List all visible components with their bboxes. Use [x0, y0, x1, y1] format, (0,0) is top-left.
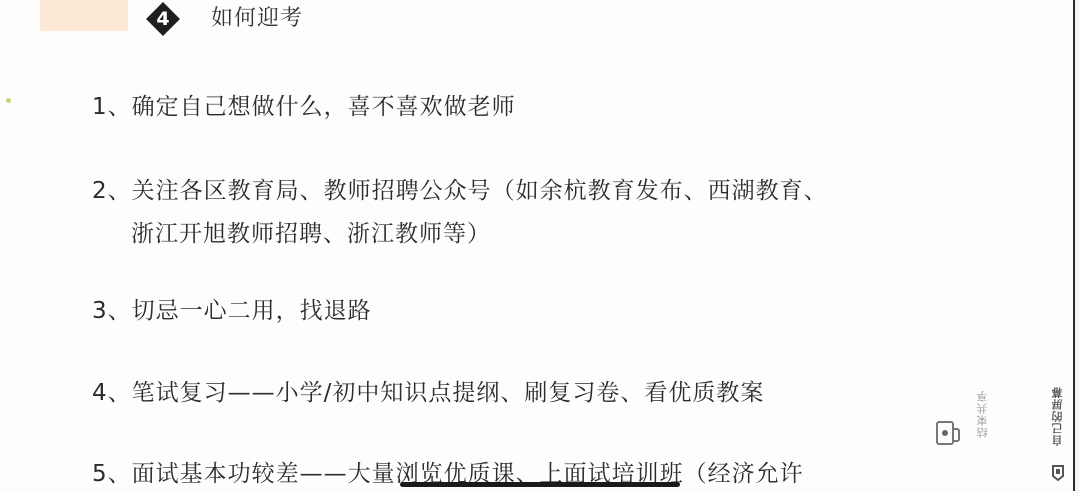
item-number: 3、: [92, 298, 132, 324]
share-screen-label[interactable]: 自己的屏幕: [1050, 386, 1066, 446]
section-number: 4: [146, 2, 180, 36]
item-number: 5、: [92, 461, 132, 487]
item-number: 2、: [92, 178, 132, 204]
share-arrow-icon[interactable]: [1050, 462, 1066, 482]
camera-icon[interactable]: [936, 421, 954, 445]
item-text: 笔试复习——小学/初中知识点提纲、刷复习卷、看优质教案: [132, 380, 765, 406]
item-text: 关注各区教育局、教师招聘公众号（如余杭教育发布、西湖教育、: [132, 178, 828, 204]
section-title: 如何迎考: [211, 1, 303, 32]
list-item-1: 1、确定自己想做什么，喜不喜欢做老师: [92, 88, 516, 121]
title-highlight-block: [40, 0, 128, 31]
item-number: 4、: [92, 380, 132, 406]
end-share-label[interactable]: 结束共享: [975, 390, 991, 438]
list-item-2: 2、关注各区教育局、教师招聘公众号（如余杭教育发布、西湖教育、 浙江开旭教师招聘…: [92, 172, 828, 248]
laser-pointer-dot: [6, 98, 11, 103]
presentation-slide: 4 如何迎考 1、确定自己想做什么，喜不喜欢做老师 2、关注各区教育局、教师招聘…: [0, 0, 1074, 491]
right-edge-strip: [1075, 0, 1079, 491]
item-number: 1、: [92, 94, 132, 120]
item-continuation: 浙江开旭教师招聘、浙江教师等）: [92, 215, 828, 248]
item-text: 确定自己想做什么，喜不喜欢做老师: [132, 94, 516, 120]
list-item-4: 4、笔试复习——小学/初中知识点提纲、刷复习卷、看优质教案: [92, 374, 764, 407]
item-text: 切忌一心二用，找退路: [132, 298, 372, 324]
section-number-badge: 4: [146, 2, 180, 36]
pen-annotation-underline: [400, 482, 680, 487]
list-item-3: 3、切忌一心二用，找退路: [92, 292, 372, 325]
